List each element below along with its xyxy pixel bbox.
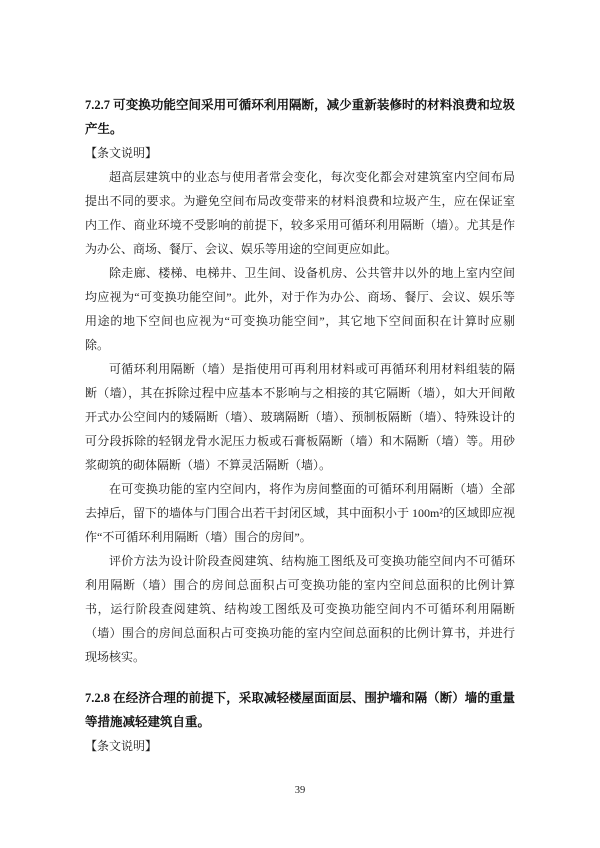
clause-7-2-8-explanation-label: 【条文说明】: [85, 734, 515, 758]
page-number: 39: [0, 784, 600, 798]
section-clause-7-2-8: 7.2.8 在经济合理的前提下，采取减轻楼屋面面层、围护墙和隔（断）墙的重量等措…: [85, 686, 515, 758]
clause-7-2-7-paragraph-4: 在可变换功能的室内空间内，将作为房间整面的可循环利用隔断（墙）全部去掉后，留下的…: [85, 477, 515, 549]
clause-7-2-7-paragraph-1: 超高层建筑中的业态与使用者常会变化，每次变化都会对建筑室内空间布局提出不同的要求…: [85, 165, 515, 261]
clause-7-2-7-paragraph-3: 可循环利用隔断（墙）是指使用可再利用材料或可再循环利用材料组装的隔断（墙），其在…: [85, 357, 515, 477]
clause-7-2-7-explanation-label: 【条文说明】: [85, 141, 515, 165]
section-clause-7-2-7: 7.2.7 可变换功能空间采用可循环利用隔断，减少重新装修时的材料浪费和垃圾产生…: [85, 93, 515, 669]
clause-7-2-7-heading: 7.2.7 可变换功能空间采用可循环利用隔断，减少重新装修时的材料浪费和垃圾产生…: [85, 93, 515, 141]
clause-7-2-7-paragraph-2: 除走廊、楼梯、电梯井、卫生间、设备机房、公共管井以外的地上室内空间均应视为“可变…: [85, 261, 515, 357]
clause-7-2-7-paragraph-5: 评价方法为设计阶段查阅建筑、结构施工图纸及可变换功能空间内不可循环利用隔断（墙）…: [85, 549, 515, 669]
document-page: 7.2.7 可变换功能空间采用可循环利用隔断，减少重新装修时的材料浪费和垃圾产生…: [0, 0, 600, 848]
clause-7-2-8-heading: 7.2.8 在经济合理的前提下，采取减轻楼屋面面层、围护墙和隔（断）墙的重量等措…: [85, 686, 515, 734]
